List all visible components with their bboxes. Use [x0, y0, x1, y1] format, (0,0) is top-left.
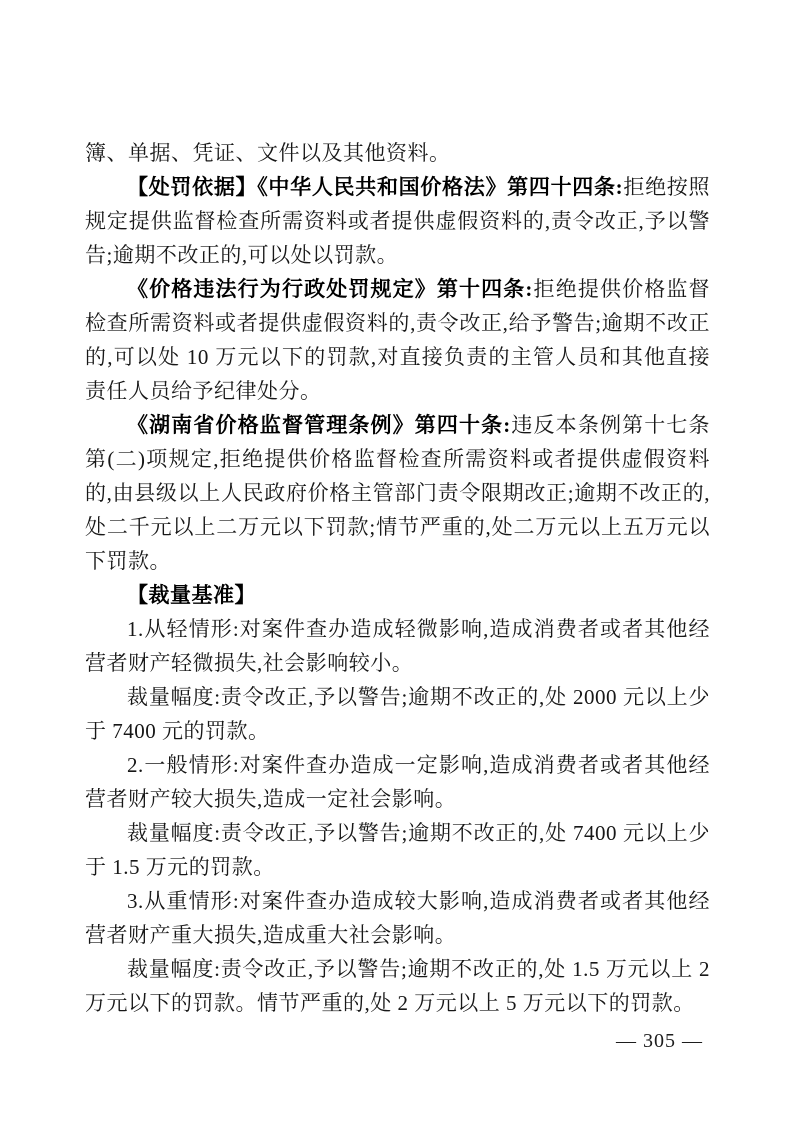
paragraph: 簿、单据、凭证、文件以及其他资料。: [85, 136, 710, 170]
text-run: 裁量幅度:责令改正,予以警告;逾期不改正的,处 7400 元以上少于 1.5 万…: [85, 821, 710, 879]
bold-text-run: 【处罚依据】《中华人民共和国价格法》第四十四条:: [127, 175, 623, 199]
document-page: 簿、单据、凭证、文件以及其他资料。【处罚依据】《中华人民共和国价格法》第四十四条…: [0, 0, 793, 1122]
page-number: — 305 —: [616, 1030, 703, 1052]
text-run: 3.从重情形:对案件查办造成较大影响,造成消费者或者其他经营者财产重大损失,造成…: [85, 889, 710, 947]
text-run: 裁量幅度:责令改正,予以警告;逾期不改正的,处 1.5 万元以上 2 万元以下的…: [85, 957, 710, 1015]
paragraph: 1.从轻情形:对案件查办造成轻微影响,造成消费者或者其他经营者财产轻微损失,社会…: [85, 612, 710, 680]
paragraph: 裁量幅度:责令改正,予以警告;逾期不改正的,处 7400 元以上少于 1.5 万…: [85, 816, 710, 884]
bold-text-run: 《湖南省价格监督管理条例》第四十条:: [127, 413, 511, 437]
bold-text-run: 【裁量基准】: [127, 583, 256, 607]
text-run: 簿、单据、凭证、文件以及其他资料。: [85, 141, 451, 165]
paragraph: 3.从重情形:对案件查办造成较大影响,造成消费者或者其他经营者财产重大损失,造成…: [85, 884, 710, 952]
document-body: 簿、单据、凭证、文件以及其他资料。【处罚依据】《中华人民共和国价格法》第四十四条…: [85, 136, 710, 1020]
paragraph: 《价格违法行为行政处罚规定》第十四条:拒绝提供价格监督检查所需资料或者提供虚假资…: [85, 272, 710, 408]
paragraph: 裁量幅度:责令改正,予以警告;逾期不改正的,处 1.5 万元以上 2 万元以下的…: [85, 952, 710, 1020]
paragraph: 【处罚依据】《中华人民共和国价格法》第四十四条:拒绝按照规定提供监督检查所需资料…: [85, 170, 710, 272]
bold-text-run: 《价格违法行为行政处罚规定》第十四条:: [127, 277, 533, 301]
paragraph: 裁量幅度:责令改正,予以警告;逾期不改正的,处 2000 元以上少于 7400 …: [85, 680, 710, 748]
text-run: 违反本条例第十七条第(二)项规定,拒绝提供价格监督检查所需资料或者提供虚假资料的…: [85, 413, 710, 573]
paragraph: 2.一般情形:对案件查办造成一定影响,造成消费者或者其他经营者财产较大损失,造成…: [85, 748, 710, 816]
paragraph: 《湖南省价格监督管理条例》第四十条:违反本条例第十七条第(二)项规定,拒绝提供价…: [85, 408, 710, 578]
page-footer: — 305 —: [616, 1028, 703, 1054]
text-run: 裁量幅度:责令改正,予以警告;逾期不改正的,处 2000 元以上少于 7400 …: [85, 685, 710, 743]
text-run: 1.从轻情形:对案件查办造成轻微影响,造成消费者或者其他经营者财产轻微损失,社会…: [85, 617, 710, 675]
text-run: 2.一般情形:对案件查办造成一定影响,造成消费者或者其他经营者财产较大损失,造成…: [85, 753, 710, 811]
paragraph: 【裁量基准】: [85, 578, 710, 612]
